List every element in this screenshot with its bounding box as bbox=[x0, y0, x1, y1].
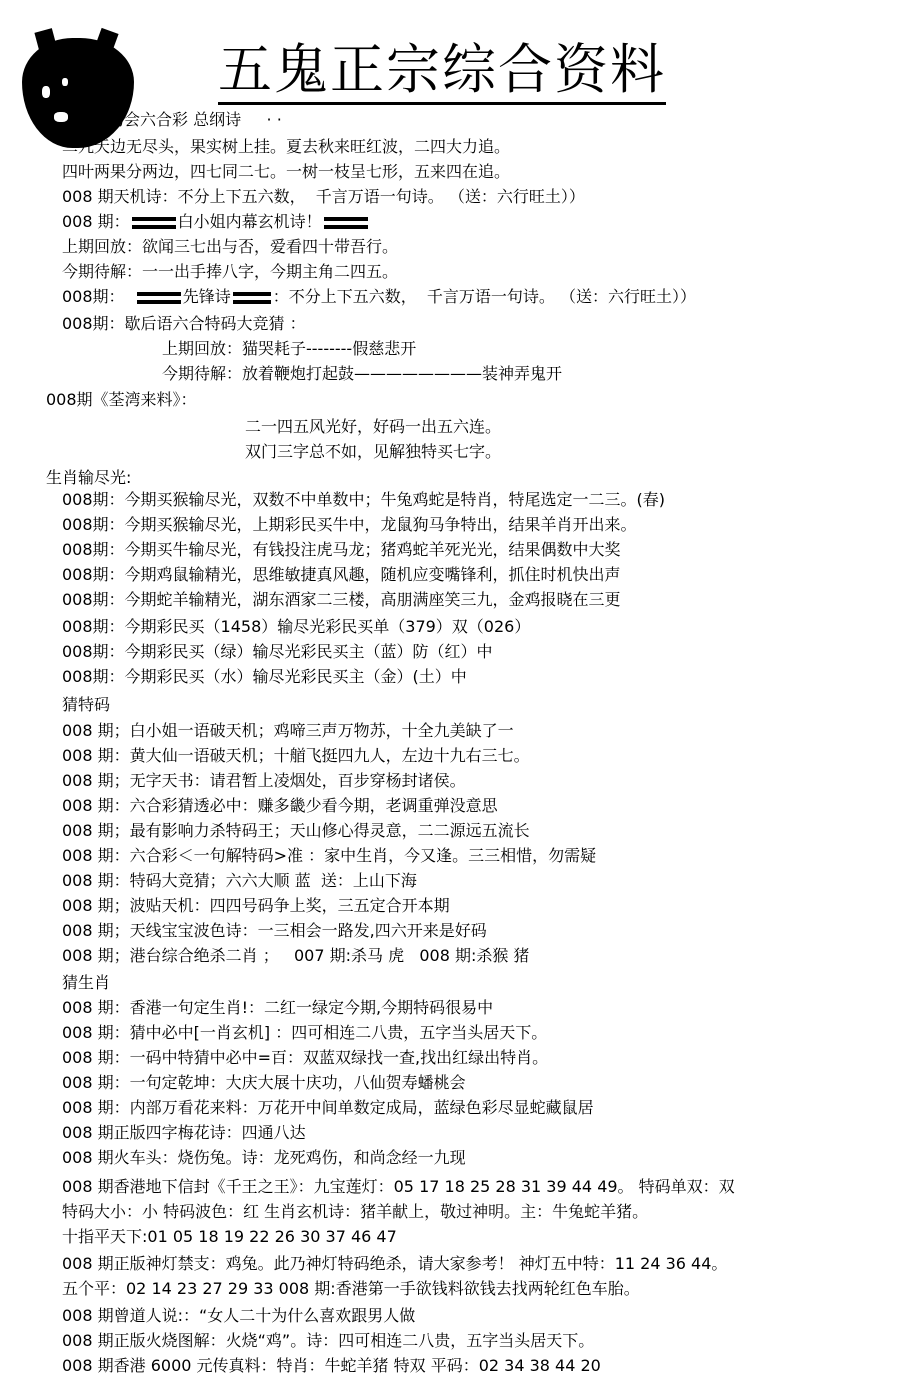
text-line: 马会六合彩 总纲诗 · · bbox=[108, 110, 282, 130]
text-line: 008 期正版神灯禁支：鸡兔。此乃神灯特码绝杀，请大家参考！ 神灯五中特：11 … bbox=[62, 1254, 727, 1274]
text-line: 008 期正版火烧图解：火烧“鸡”。诗：四可相连二八贵，五字当头居天下。 bbox=[62, 1331, 594, 1351]
text-line: 008 期：一句定乾坤：大庆大展十庆功，八仙贺寿蟠桃会 bbox=[62, 1073, 466, 1093]
bars-icon bbox=[233, 292, 271, 304]
text-line: 008 期：特码大竞猜；六六大顺 蓝 送：上山下海 bbox=[62, 871, 417, 891]
text-line: 008 期；波贴天机：四四号码争上奖，三五定合开本期 bbox=[62, 896, 450, 916]
text-line: 今期待解：放着鞭炮打起鼓————————装神弄鬼开 bbox=[162, 364, 562, 384]
text-line: 上期回放：欲闻三七出与否，爱看四十带吾行。 bbox=[62, 237, 398, 257]
text-line: 猜特码 bbox=[62, 695, 110, 715]
text-line: 008 期：香港一句定生肖!：二红一绿定今期,今期特码很易中 bbox=[62, 998, 493, 1018]
text-line: 四叶两果分两边，四七同二七。一树一枝呈七形，五来四在追。 bbox=[62, 162, 510, 182]
text-line: 008期：今期彩民买（绿）输尽光彩民买主（蓝）防（红）中 bbox=[62, 642, 493, 662]
text-line: 008 期天机诗：不分上下五六数， 千言万语一句诗。 （送：六行旺土）） bbox=[62, 187, 585, 207]
text-line: 008 期香港地下信封《千王之王》：九宝莲灯：05 17 18 25 28 31… bbox=[62, 1177, 735, 1197]
text-line: 十指平天下:01 05 18 19 22 26 30 37 46 47 bbox=[62, 1227, 397, 1247]
text-line: 008期：歇后语六合特码大竞猜 ： bbox=[62, 314, 306, 334]
text-line: 008 期：六合彩＜一句解特码>准 ：家中生肖，今又逢。三三相惜，勿需疑 bbox=[62, 846, 596, 866]
text-line: 008 期：六合彩猜透必中：赚多畿少看今期，老调重弹没意思 bbox=[62, 796, 498, 816]
text-line: 008 期；天线宝宝波色诗：一三相会一路发,四六开来是好码 bbox=[62, 921, 487, 941]
text-line: 008期：今期买牛输尽光，有钱投注虎马龙；猪鸡蛇羊死光光，结果偶数中大奖 bbox=[62, 540, 621, 560]
text-line: 008 期；最有影响力杀特码王；天山修心得灵意，二二源远五流长 bbox=[62, 821, 530, 841]
text-line: 五个平：02 14 23 27 29 33 008 期:香港第一手欲钱料欲钱去找… bbox=[62, 1279, 640, 1299]
text-line: 008 期曾道人说:：“女人二十为什么喜欢跟男人做 bbox=[62, 1306, 415, 1326]
bars-icon bbox=[132, 217, 176, 229]
text-line: 008 期火车头：烧伤兔。诗：龙死鸡伤，和尚念经一九现 bbox=[62, 1148, 466, 1168]
text-line: 008 期；白小姐一语破天机；鸡啼三声万物苏，十全九美缺了一 bbox=[62, 721, 514, 741]
text-line: 二一四五风光好，好码一出五六连。 bbox=[245, 417, 501, 437]
text-line: 今期待解：一一出手捧八字，今期主角二四五。 bbox=[62, 262, 398, 282]
text-line: 008期《荃湾来料》： bbox=[46, 390, 197, 410]
bars-icon bbox=[137, 292, 181, 304]
text-line: 008期： 先锋诗：不分上下五六数， 千言万语一句诗。 （送：六行旺土）） bbox=[62, 287, 696, 307]
text-line: 猜生肖 bbox=[62, 973, 110, 993]
text-line: 上期回放：猫哭耗子--------假慈悲开 bbox=[162, 339, 416, 359]
text-line: 008期：今期买猴输尽光，双数不中单数中；牛兔鸡蛇是特肖，特尾选定一二三。(春) bbox=[62, 490, 665, 510]
text-line: 008 期：白小姐内幕玄机诗！ bbox=[62, 212, 370, 232]
text-line: 008 期：内部万看花来料：万花开中间单数定成局，蓝绿色彩尽显蛇藏鼠居 bbox=[62, 1098, 594, 1118]
text-line: 特码大小：小 特码波色：红 生肖玄机诗：猪羊献上，敬过神明。主：牛兔蛇羊猪。 bbox=[62, 1202, 648, 1222]
ghost-logo-icon bbox=[22, 38, 134, 148]
text-line: 008期：今期鸡鼠输精光，思维敏捷真风趣，随机应变嘴锋利，抓住时机快出声 bbox=[62, 565, 621, 585]
text-line: 008期：今期彩民买（1458）输尽光彩民买单（379）双（026） bbox=[62, 617, 530, 637]
text-line: 008 期香港 6000 元传真料：特肖：牛蛇羊猪 特双 平码：02 34 38… bbox=[62, 1356, 601, 1376]
text-line: 生肖输尽光: bbox=[46, 468, 131, 488]
text-line: 008期：今期蛇羊输精光，湖东酒家二三楼，高朋满座笑三九，金鸡报晓在三更 bbox=[62, 590, 621, 610]
text-line: 008 期正版四字梅花诗：四通八达 bbox=[62, 1123, 306, 1143]
text-line: 008期：今期买猴输尽光，上期彩民买牛中，龙鼠狗马争特出，结果羊肖开出来。 bbox=[62, 515, 637, 535]
text-line: 008 期：一码中特猜中必中=百：双蓝双绿找一查,找出红绿出特肖。 bbox=[62, 1048, 548, 1068]
text-line: 双门三字总不如，见解独特买七字。 bbox=[245, 442, 501, 462]
text-line: 008 期；港台综合绝杀二肖 ； 007 期:杀马 虎 008 期:杀猴 猪 bbox=[62, 946, 529, 966]
text-line: 008 期：黄大仙一语破天机；十艏飞挺四九人，左边十九右三七。 bbox=[62, 746, 530, 766]
page-title: 五鬼正宗综合资料 bbox=[218, 40, 666, 105]
bars-icon bbox=[324, 217, 368, 229]
text-line: 008期：今期彩民买（水）输尽光彩民买主（金）(土）中 bbox=[62, 667, 467, 687]
text-line: 008 期：猜中必中[一肖玄机] ：四可相连二八贵，五字当头居天下。 bbox=[62, 1023, 547, 1043]
text-line: 二九天边无尽头，果实树上挂。夏去秋来旺红波，二四大力追。 bbox=[62, 137, 510, 157]
text-line: 008 期；无字天书：请君暂上凌烟处，百步穿杨封诸侯。 bbox=[62, 771, 466, 791]
